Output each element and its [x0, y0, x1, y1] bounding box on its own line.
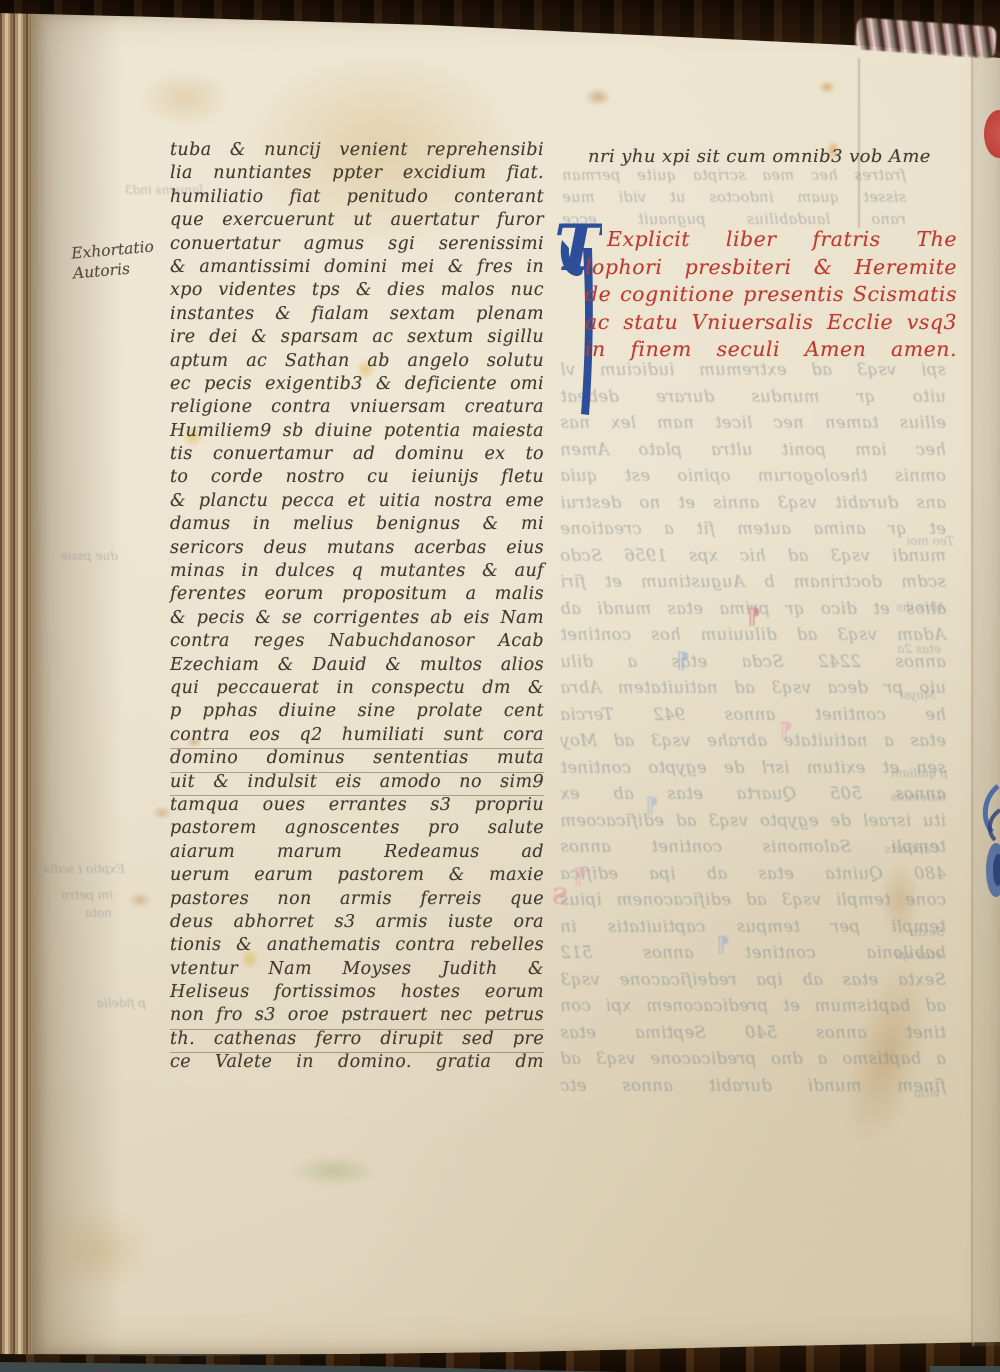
text-line: domino dominus sententias muta [170, 748, 544, 771]
showthrough-margin-note: Exptio i scdis [30, 862, 125, 876]
text-line: tis conuertamur ad dominu ex to [170, 444, 544, 467]
showthrough-line: fratres hec mea scripta quite perman [562, 168, 906, 190]
rubric-text: Explicit liber fratris Thelophori presbi… [585, 227, 957, 365]
book-leaf-edges [0, 10, 34, 1362]
text-line: pastorem agnoscentes pro salute [170, 818, 544, 841]
text-line: tuba & nuncij venient reprehensibi [170, 140, 544, 163]
rubric-line: lophori presbiteri & Heremite [585, 255, 957, 283]
text-line: contra reges Nabuchdanosor Acab [170, 631, 544, 654]
text-line: aiarum marum Redeamus ad [170, 842, 544, 865]
showthrough-margin-note: Teo moi [896, 534, 954, 548]
showthrough-margin-note: etas 2a [893, 642, 941, 656]
text-line: vtentur Nam Moyses Judith & [170, 959, 544, 982]
showthrough-line: 480 Quinta etas ab ipa edifica [560, 864, 946, 891]
text-line: & pecis & se corrigentes ab eis Nam [170, 608, 544, 631]
showthrough-margin-note: p quiliam [884, 766, 948, 780]
text-line: damus in melius benignus & mi [170, 514, 544, 537]
showthrough-margin-note: Abrs ihs [898, 600, 946, 614]
showthrough-line: he continet annos 942 Tercia [560, 705, 946, 732]
showthrough-line: scdm doctrinam b Augustinum et firi [560, 572, 946, 599]
showthrough-margin-note: p fidelia [66, 996, 146, 1010]
text-line: tamqua oues errantes s3 propriu [170, 795, 544, 818]
text-line: ferentes eorum propositum a malis [170, 584, 544, 607]
text-line: minas in dulces q mutantes & auf [170, 561, 544, 584]
text-line: uerum earum pastorem & maxie [170, 865, 544, 888]
showthrough-margin-note: vltia [880, 1086, 940, 1100]
showthrough-pilcrow: ¶ [645, 793, 659, 819]
showthrough-line: Sexta etas ab ipa redeificacone vsq3 [560, 970, 946, 997]
text-line: xpo videntes tps & dies malos nuc [170, 280, 544, 303]
showthrough-margin-note: Moysi [890, 688, 936, 702]
text-line: instantes & fialam sextam plenam [170, 304, 544, 327]
showthrough-line: et qr anima autem fit a creatione [560, 519, 946, 546]
showthrough-line: a baptismo a dno predicacone vsq3 ad [560, 1049, 946, 1076]
showthrough-pilcrow: S [552, 884, 568, 910]
showthrough-block-top: fratres hec mea scripta quite permansiss… [562, 168, 906, 234]
text-line: ec pecis exigentib3 & deficiente omi [170, 374, 544, 397]
showthrough-line: etas a natiuitate abrahe vsq3 ad Moy [560, 731, 946, 758]
showthrough-margin-note: im petro [28, 888, 113, 902]
text-line: p pphas diuine sine prolate cent [170, 701, 544, 724]
showthrough-line: ellius tamen nec licet nam lex nas [560, 413, 946, 440]
text-line: Humiliem9 sb diuine potentia maiesta [170, 421, 544, 444]
showthrough-line: itu israel de egypto vsq3 ad edificacoem [560, 811, 946, 838]
text-line: aptum ac Sathan ab angelo solutu [170, 351, 544, 374]
text-line: Heliseus fortissimos hostes eorum [170, 982, 544, 1005]
rubric-line: in finem seculi Amen amen. [585, 337, 957, 365]
showthrough-line: cone templi vsq3 ad edificaconem ipius [560, 890, 946, 917]
blue-ornament-glyph [979, 782, 1000, 902]
text-line: lia nuntiantes ppter excidium fiat. [170, 163, 544, 186]
showthrough-margin-note: Sexta [886, 925, 944, 939]
showthrough-pilcrow: ¶ [573, 864, 587, 890]
gutter-shadow [32, 12, 122, 1354]
blue-fore-edge-ornament [979, 782, 1000, 902]
showthrough-pilcrow: ¶ [779, 718, 793, 744]
fore-edge-zone [974, 52, 1000, 1346]
showthrough-line: omnis theologorum opinio est quia [560, 466, 946, 493]
text-line: & amantissimi domini mei & fres in [170, 257, 544, 280]
text-line: th. cathenas ferro dirupit sed pre [170, 1029, 544, 1052]
text-line: Ezechiam & Dauid & multos alios [170, 655, 544, 678]
manuscript-photo: fratres hec mea scripta quite permansiss… [0, 0, 1000, 1372]
showthrough-margin-note: nota [52, 906, 112, 920]
text-line: conuertatur agmus sgi serenissimi [170, 234, 544, 257]
showthrough-line: ad baptismum et predicaconem xpi con [560, 996, 946, 1023]
showthrough-line: hec iam ponit ultra plato Amen [560, 440, 946, 467]
marginal-note: Exhortatio Autoris [70, 236, 156, 283]
showthrough-margin-note: etas xpi [884, 948, 942, 962]
text-line: que exercuerunt ut auertatur furor [170, 210, 544, 233]
text-line: contra eos q2 humiliati sunt cora [170, 725, 544, 748]
background-floor [930, 1366, 1000, 1372]
showthrough-margin-note: Captiuits [880, 842, 940, 856]
text-line: ire dei & sparsam ac sextum sigillu [170, 327, 544, 350]
showthrough-pilcrow: ¶ [676, 648, 690, 674]
showthrough-line: ans durabit vsq3 annis et no destrui [560, 493, 946, 520]
right-column-first-line: nri yhu xpi sit cum omnib3 vob Ame [588, 146, 908, 167]
showthrough-line: uio pr deca vsq3 ad natiuitatem Abra [560, 678, 946, 705]
text-line: religione contra vniuersam creatura [170, 397, 544, 420]
text-line: ce Valete in domino. gratia dm [170, 1052, 544, 1075]
text-line: deus abhorret s3 armis iuste ora [170, 912, 544, 935]
text-line: pastores non armis ferreis que [170, 889, 544, 912]
showthrough-margin-note: Salomois [884, 790, 946, 804]
rubric-line: de cognitione presentis Scismatis [585, 282, 957, 310]
text-line: sericors deus mutans acerbas eius [170, 538, 544, 561]
text-line: & planctu pecca et uitia nostra eme [170, 491, 544, 514]
left-column: tuba & nuncij venient reprehensibilia nu… [170, 140, 544, 1076]
showthrough-line: sisset quam indoctos ut vidi mue [562, 190, 906, 212]
text-line: uit & indulsit eis amodo no sim9 [170, 772, 544, 795]
rubric-line: ac statu Vniuersalis Ecclie vsq3 [585, 310, 957, 338]
showthrough-pilcrow: ¶ [747, 604, 761, 630]
text-line: tionis & anathematis contra rebelles [170, 935, 544, 958]
rubric-line: Explicit liber fratris The [585, 227, 957, 255]
showthrough-line: tinet annos 540 Septima etas [560, 1023, 946, 1050]
showthrough-pilcrow: ¶ [716, 932, 730, 958]
text-line: non fro s3 oroe pstrauert nec petrus [170, 1005, 544, 1028]
text-line: humiliatio fiat penitudo conterant [170, 187, 544, 210]
showthrough-block-main: spi vsq3 ad extremum iudicium vluito qr … [560, 360, 946, 1102]
showthrough-margin-note: due pssie [38, 549, 118, 563]
showthrough-line: mundi vsq3 ad hic xps 1956 Scdo [560, 546, 946, 573]
showthrough-line: annos 2242 Scda etas a dilu [560, 652, 946, 679]
showthrough-line: uito qr mundus durare debeat [560, 387, 946, 414]
text-line: to corde nostro cu ieiunijs fletu [170, 467, 544, 490]
text-line: qui peccauerat in conspectu dm & [170, 678, 544, 701]
